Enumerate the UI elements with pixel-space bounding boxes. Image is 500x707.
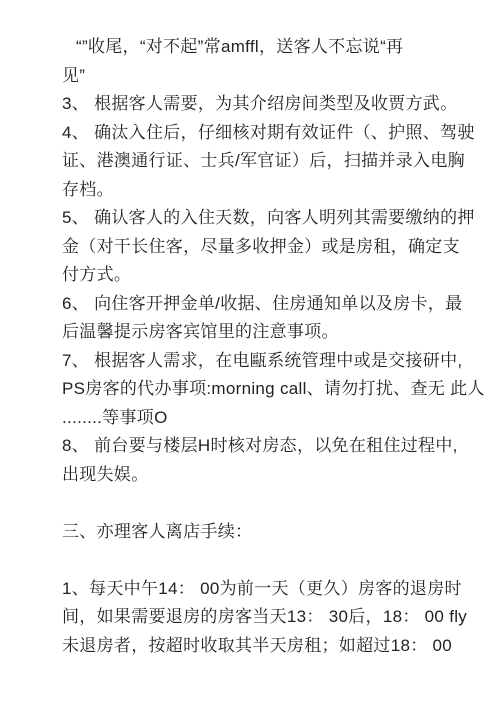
text-line: 8、 前台要与楼层H时核对房态，以免在租住过程中, xyxy=(62,432,480,461)
text-line: 3、 根据客人需要，为其介绍房间类型及收贾方武。 xyxy=(62,90,480,119)
paragraph: 7、 根据客人需求，在电甌系统管理中或是交接研中,PS房客的代办事项:morni… xyxy=(62,347,480,433)
document-page: “”收尾，“对不起”常amffl，送客人不忘说“再见”3、 根据客人需要，为其介… xyxy=(0,0,500,707)
paragraph: 8、 前台要与楼层H时核对房态，以免在租住过程中,出现失娱。 xyxy=(62,432,480,489)
paragraph: 4、 确汰入住后，仔细核对期有效证件（、护照、驾驶证、港澳通行证、士兵/军官证）… xyxy=(62,119,480,205)
section-heading: 三、亦理客人离店手续： xyxy=(62,518,480,547)
paragraph: “”收尾，“对不起”常amffl，送客人不忘说“再见” xyxy=(62,33,480,90)
text-line: 6、 向住客开押金单/收据、住房通知单以及房卡，最 xyxy=(62,290,480,319)
paragraph: 5、 确认客人的入住天数，向客人明列其需要缴纳的押金（对干长住客，尽量多收押金）… xyxy=(62,204,480,290)
paragraph: 1、每天中午14： 00为前一天（更久）房客的退房时间，如果需要退房的房客当天1… xyxy=(62,575,480,661)
text-line: 三、亦理客人离店手续： xyxy=(62,518,480,547)
text-line: 后温馨提示房客宾馆里的注意事项。 xyxy=(62,318,480,347)
text-line: 存档。 xyxy=(62,176,480,205)
text-line: “”收尾，“对不起”常amffl，送客人不忘说“再 xyxy=(62,33,480,62)
text-line: 4、 确汰入住后，仔细核对期有效证件（、护照、驾驶 xyxy=(62,119,480,148)
text-line: 出现失娱。 xyxy=(62,461,480,490)
text-line: PS房客的代办事项:morning call、请勿打扰、查无 此人 xyxy=(62,375,480,404)
paragraph: 6、 向住客开押金单/收据、住房通知单以及房卡，最后温馨提示房客宾馆里的注意事项… xyxy=(62,290,480,347)
text-line xyxy=(62,546,480,575)
document-content: “”收尾，“对不起”常amffl，送客人不忘说“再见”3、 根据客人需要，为其介… xyxy=(62,33,480,660)
text-line: 5、 确认客人的入住天数，向客人明列其需要缴纳的押 xyxy=(62,204,480,233)
text-line: 7、 根据客人需求，在电甌系统管理中或是交接研中, xyxy=(62,347,480,376)
blank-line xyxy=(62,546,480,575)
text-line xyxy=(62,489,480,518)
text-line: 未退房者，按超时收取其半天房租；如超过18： 00 xyxy=(62,632,480,661)
blank-line xyxy=(62,489,480,518)
text-line: 付方式。 xyxy=(62,261,480,290)
text-line: 证、港澳通行证、士兵/军官证）后，扫描并录入电胸 xyxy=(62,147,480,176)
text-line: 间，如果需要退房的房客当天13： 30后，18： 00 fly xyxy=(62,603,480,632)
text-line: 见” xyxy=(62,62,480,91)
paragraph: 3、 根据客人需要，为其介绍房间类型及收贾方武。 xyxy=(62,90,480,119)
text-line: 1、每天中午14： 00为前一天（更久）房客的退房时 xyxy=(62,575,480,604)
text-line: 金（对干长住客，尽量多收押金）或是房租，确定支 xyxy=(62,233,480,262)
text-line: ........等事项O xyxy=(62,404,480,433)
